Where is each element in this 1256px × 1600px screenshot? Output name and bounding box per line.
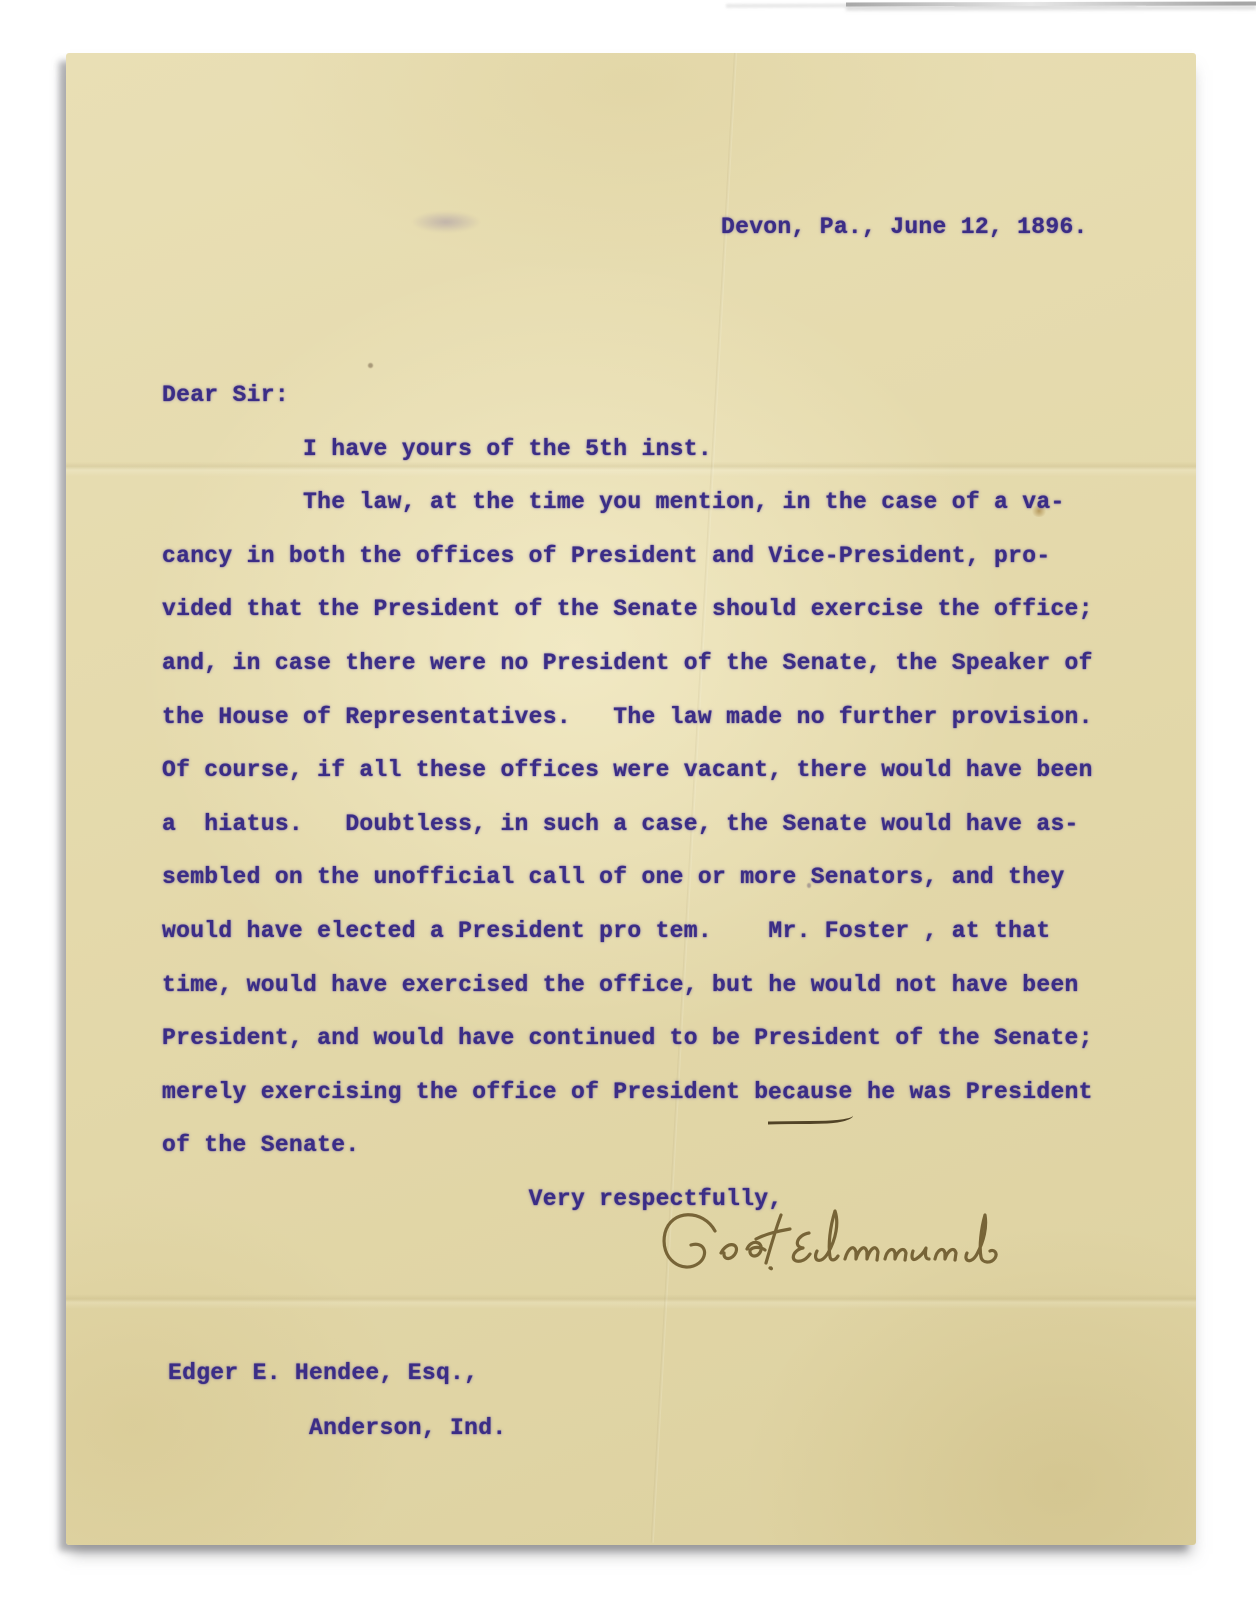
letter-line: a hiatus. Doubtless, in such a case, the… — [162, 798, 1093, 852]
recipient-address-block: Edger E. Hendee, Esq., Anderson, Ind. — [168, 1346, 506, 1456]
letter-dateline: Devon, Pa., June 12, 1896. — [721, 211, 1088, 243]
ink-smudge-stain — [411, 211, 481, 233]
paper-speck — [368, 363, 373, 368]
recipient-name: Edger E. Hendee, Esq., — [168, 1346, 506, 1401]
letter-salutation: Dear Sir: — [162, 369, 1093, 423]
letter-line: the House of Representatives. The law ma… — [162, 691, 1093, 745]
letter-line: time, would have exercised the office, b… — [162, 959, 1093, 1013]
recipient-city: Anderson, Ind. — [168, 1401, 506, 1456]
letter-line: The law, at the time you mention, in the… — [162, 476, 1093, 530]
letter-line: vided that the President of the Senate s… — [162, 583, 1093, 637]
letter-line: I have yours of the 5th inst. — [162, 423, 1093, 477]
letter-text: merely exercising the office of Presiden… — [162, 1079, 768, 1105]
letter-line: cancy in both the offices of President a… — [162, 530, 1093, 584]
letter-line: and, in case there were no President of … — [162, 637, 1093, 691]
hand-underlined-word: ecause — [768, 1065, 853, 1123]
letter-body: Dear Sir: I have yours of the 5th inst. … — [162, 369, 1093, 1227]
signature-geo-f-edmunds — [651, 1201, 1011, 1293]
letter-text: he was President — [853, 1079, 1093, 1105]
scanned-letter-page: Devon, Pa., June 12, 1896. Dear Sir: I h… — [0, 0, 1256, 1600]
letter-line: of the Senate. — [162, 1119, 1093, 1173]
letter-line: Of course, if all these offices were vac… — [162, 744, 1093, 798]
letter-line: President, and would have continued to b… — [162, 1012, 1093, 1066]
letter-paper: Devon, Pa., June 12, 1896. Dear Sir: I h… — [66, 53, 1196, 1545]
letter-line: would have elected a President pro tem. … — [162, 905, 1093, 959]
scan-edge-artifact — [846, 1, 1256, 6]
letter-line: sembled on the unofficial call of one or… — [162, 851, 1093, 905]
letter-line-with-underline: merely exercising the office of Presiden… — [162, 1066, 1093, 1120]
